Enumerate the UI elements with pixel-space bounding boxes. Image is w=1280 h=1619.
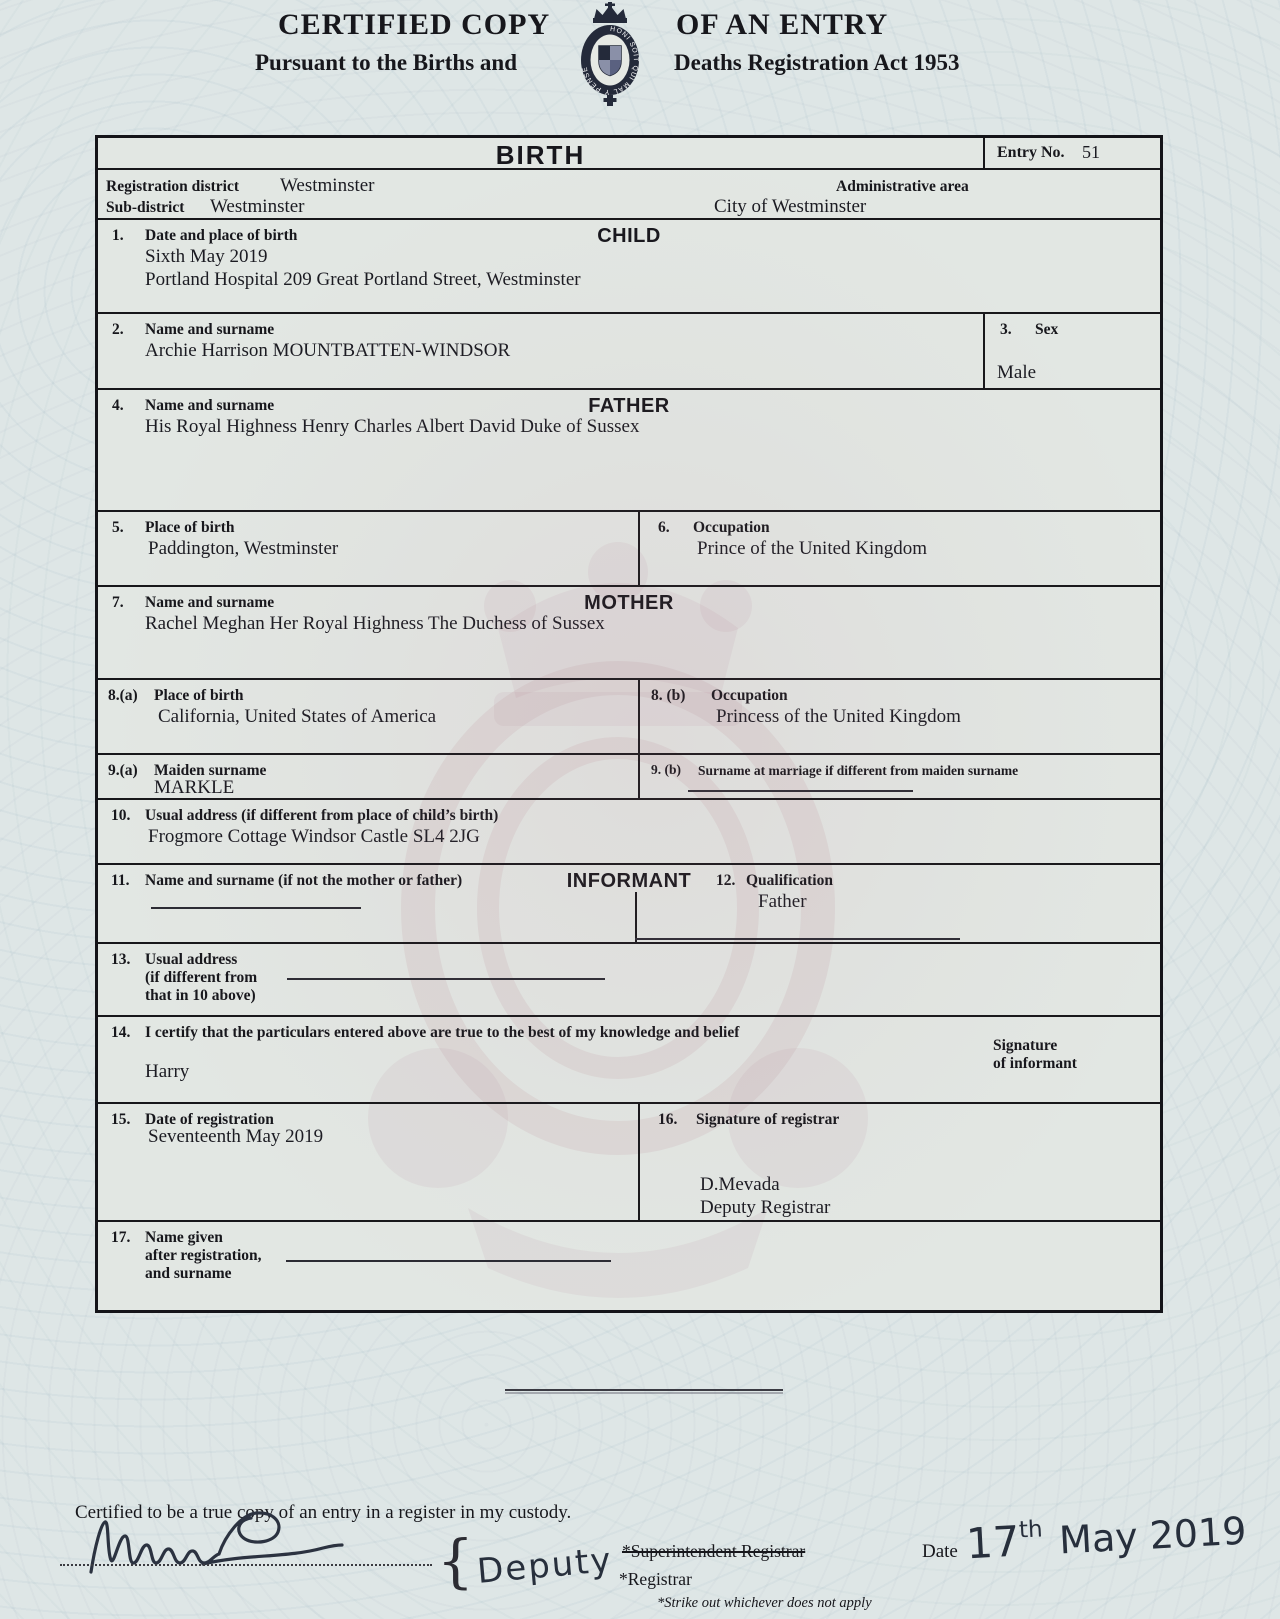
field-15-value: Seventeenth May 2019 xyxy=(148,1126,323,1148)
field-6-label: Occupation xyxy=(693,519,770,537)
registrar-column-divider xyxy=(638,1104,640,1220)
field-row-1: 1. Date and place of birth CHILD Sixth M… xyxy=(98,218,1160,312)
handwritten-deputy: Deputy xyxy=(476,1540,615,1592)
field-8b-value: Princess of the United Kingdom xyxy=(716,706,961,728)
section-header-mother: MOTHER xyxy=(98,592,1160,615)
birth-certificate-document: CERTIFIED COPY OF AN ENTRY Pursuant to t… xyxy=(0,0,1280,1619)
field-8a-label: Place of birth xyxy=(154,687,244,705)
field-13-number: 13. xyxy=(111,951,130,969)
royal-crest-icon: HONI SOIT QUI MAL Y PENSE xyxy=(558,0,662,108)
header-subtitle-right: Deaths Registration Act 1953 xyxy=(674,50,960,76)
field-16-value-line2: Deputy Registrar xyxy=(700,1197,830,1219)
superintendent-registrar-label: *Superintendent Registrar xyxy=(622,1541,805,1562)
field-14-value: Harry xyxy=(145,1061,189,1083)
field-8a-number: 8.(a) xyxy=(108,687,138,705)
handwritten-date: 17thMay 2019 xyxy=(965,1505,1248,1569)
signature-of-informant-label-line1: Signature xyxy=(993,1037,1057,1055)
field-8a-value: California, United States of America xyxy=(158,706,436,728)
field-17-label-line2: after registration, xyxy=(145,1247,262,1265)
field-6-value: Prince of the United Kingdom xyxy=(697,538,927,560)
field-10-number: 10. xyxy=(111,807,130,825)
handwritten-date-day: 17 xyxy=(965,1517,1021,1569)
district-row: Registration district Westminster Admini… xyxy=(98,168,1160,218)
field-9a-number: 9.(a) xyxy=(108,762,138,780)
field-12-label: Qualification xyxy=(746,872,833,890)
sex-column-divider xyxy=(983,314,985,388)
header-title-right: OF AN ENTRY xyxy=(676,8,888,42)
strike-out-note: *Strike out whichever does not apply xyxy=(657,1595,872,1612)
birth-entry-table: BIRTH Entry No. 51 Registration district… xyxy=(95,135,1163,1313)
field-row-15-16: 15. Date of registration Seventeenth May… xyxy=(98,1102,1160,1220)
field-2-value: Archie Harrison MOUNTBATTEN-WINDSOR xyxy=(145,340,510,362)
entry-box-divider xyxy=(983,138,985,168)
registrar-signature xyxy=(85,1506,355,1586)
field-8b-number: 8. (b) xyxy=(651,687,685,705)
field-13-label-line3: that in 10 above) xyxy=(145,987,256,1005)
qualification-column-divider xyxy=(635,892,637,942)
field-row-5-6: 5. Place of birth Paddington, Westminste… xyxy=(98,510,1160,585)
signature-of-informant-label-line2: of informant xyxy=(993,1055,1077,1073)
occupation-column-divider xyxy=(638,512,640,585)
registration-district-label: Registration district xyxy=(106,178,239,196)
field-row-9: 9.(a) Maiden surname MARKLE 9. (b) Surna… xyxy=(98,753,1160,798)
registrar-label: *Registrar xyxy=(619,1569,692,1590)
handwritten-date-month-year: May 2019 xyxy=(1058,1509,1247,1563)
administrative-area-label: Administrative area xyxy=(836,178,969,196)
field-5-label: Place of birth xyxy=(145,519,235,537)
field-17-number: 17. xyxy=(111,1229,130,1247)
field-13-blank-line xyxy=(287,978,605,980)
field-12-blank-line xyxy=(635,938,960,940)
field-row-7: 7. Name and surname MOTHER Rachel Meghan… xyxy=(98,585,1160,678)
field-17-blank-line xyxy=(286,1260,611,1262)
field-row-13: 13. Usual address (if different from tha… xyxy=(98,942,1160,1015)
registration-district-value: Westminster xyxy=(280,175,375,197)
field-16-value-line1: D.Mevada xyxy=(700,1174,780,1196)
surname-column-divider xyxy=(638,755,640,798)
field-15-number: 15. xyxy=(111,1111,130,1129)
section-header-father: FATHER xyxy=(98,395,1160,418)
field-10-value: Frogmore Cottage Windsor Castle SL4 2JG xyxy=(148,826,480,848)
field-13-label-line1: Usual address xyxy=(145,951,237,969)
field-9a-value: MARKLE xyxy=(154,777,234,799)
date-label: Date xyxy=(922,1541,958,1563)
field-row-11-12: 11. Name and surname (if not the mother … xyxy=(98,863,1160,942)
sub-district-label: Sub-district xyxy=(106,199,184,217)
field-14-label: I certify that the particulars entered a… xyxy=(145,1024,739,1042)
section-header-informant: INFORMANT xyxy=(98,870,1160,893)
field-row-17: 17. Name given after registration, and s… xyxy=(98,1220,1160,1310)
brace-glyph: { xyxy=(437,1532,474,1590)
field-1-value-line2: Portland Hospital 209 Great Portland Str… xyxy=(145,269,581,291)
field-12-value: Father xyxy=(758,891,807,913)
field-row-2-3: 2. Name and surname Archie Harrison MOUN… xyxy=(98,312,1160,388)
section-header-child: CHILD xyxy=(98,225,1160,248)
field-5-number: 5. xyxy=(112,519,124,537)
field-3-label: Sex xyxy=(1035,321,1058,339)
field-17-label-line3: and surname xyxy=(145,1265,232,1283)
field-row-8: 8.(a) Place of birth California, United … xyxy=(98,678,1160,753)
administrative-area-value: City of Westminster xyxy=(714,196,866,218)
entry-no-label: Entry No. xyxy=(997,144,1065,162)
field-4-value: His Royal Highness Henry Charles Albert … xyxy=(145,416,639,438)
header-subtitle-left: Pursuant to the Births and xyxy=(255,50,517,76)
title-row: BIRTH Entry No. 51 xyxy=(98,138,1160,168)
field-16-number: 16. xyxy=(658,1111,677,1129)
field-row-4: 4. Name and surname FATHER His Royal Hig… xyxy=(98,388,1160,510)
form-title: BIRTH xyxy=(98,140,983,171)
field-13-label-line2: (if different from xyxy=(145,969,257,987)
field-9b-number: 9. (b) xyxy=(651,762,681,778)
field-1-value-line1: Sixth May 2019 xyxy=(145,246,267,268)
field-3-value: Male xyxy=(997,362,1036,384)
field-8b-label: Occupation xyxy=(711,687,788,705)
field-row-14: 14. I certify that the particulars enter… xyxy=(98,1015,1160,1102)
field-2-number: 2. xyxy=(112,321,124,339)
decorative-rule xyxy=(505,1389,783,1391)
header-title-left: CERTIFIED COPY xyxy=(278,8,550,42)
field-14-number: 14. xyxy=(111,1024,130,1042)
field-2-label: Name and surname xyxy=(145,321,274,339)
field-10-label: Usual address (if different from place o… xyxy=(145,807,498,825)
field-6-number: 6. xyxy=(658,519,670,537)
field-16-label: Signature of registrar xyxy=(696,1111,839,1129)
signature-dotted-line xyxy=(60,1564,432,1566)
field-5-value: Paddington, Westminster xyxy=(148,538,338,560)
field-7-value: Rachel Meghan Her Royal Highness The Duc… xyxy=(145,613,605,635)
field-17-label-line1: Name given xyxy=(145,1229,223,1247)
field-11-blank-line xyxy=(151,907,361,909)
entry-no-value: 51 xyxy=(1082,142,1100,163)
field-9b-label: Surname at marriage if different from ma… xyxy=(698,763,1018,779)
field-3-number: 3. xyxy=(1000,321,1012,339)
field-9b-blank-line xyxy=(688,790,913,792)
sub-district-value: Westminster xyxy=(210,196,305,218)
handwritten-date-ordinal: th xyxy=(1018,1516,1043,1543)
occupation-column-divider-8 xyxy=(638,680,640,753)
field-12-number: 12. xyxy=(716,872,735,890)
field-row-10: 10. Usual address (if different from pla… xyxy=(98,798,1160,863)
